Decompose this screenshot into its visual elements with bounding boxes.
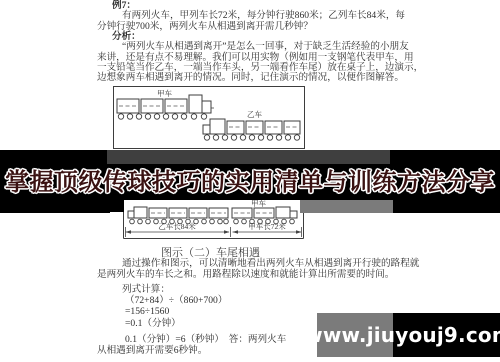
page-background: 例7：有两列火车，甲列车长72米，每分钟行驶860米；乙列车长84米，每分钟行驶…	[0, 0, 500, 362]
diagram1-train-b-label: 乙车	[247, 109, 262, 119]
train-a-wheels	[118, 114, 206, 119]
text-line: 列式计算：	[97, 284, 487, 295]
diagram1-caption-bar: 图示（一）车头相遇	[107, 150, 390, 164]
train-b-wheels	[204, 135, 299, 140]
overlay-right-gray-strip	[300, 200, 393, 213]
title-overlay-band: 掌握顶级传球技巧的实用清单与训练方法分享	[0, 164, 500, 200]
train-a-tail	[232, 207, 297, 218]
dim-label-train-b-length: 乙车长84米	[158, 221, 196, 231]
text-line: 通过操作和图示，可以清晰地看出两列火车从相遇到离开行驶的路程就	[97, 259, 487, 270]
text-line: 是两列火车的车长之和。用路程除以速度和就能计算出所需要的时间。	[97, 270, 487, 281]
dim-label-train-a-length: 甲车长72米	[248, 221, 286, 231]
text-line: 分钟行驶700米，两列火车从相遇到离开需几秒钟？	[97, 22, 487, 32]
train-b	[203, 119, 300, 140]
text-line: 边想象两车相遇到离开的情况。同时，记住演示的情况，以便作图解答。	[97, 73, 487, 83]
diagram1-train-a-label: 甲车	[157, 88, 172, 98]
diagram-heads-meeting: 甲车 乙车	[113, 86, 305, 149]
conclusion-text: 通过操作和图示，可以清晰地看出两列火车从相遇到离开行驶的路程就是两列火车的车长之…	[97, 259, 487, 280]
overlay-left-lower-block	[0, 200, 124, 212]
train-a	[117, 95, 214, 119]
text-line: （72+84）÷（860+700）	[97, 295, 487, 306]
problem-analysis-text: 例7：有两列火车，甲列车长72米，每分钟行驶860米；乙列车长84米，每分钟行驶…	[97, 1, 487, 84]
train-b-tail	[128, 207, 228, 218]
overlay-title: 掌握顶级传球技巧的实用清单与训练方法分享	[0, 164, 500, 200]
overlay-right-block	[390, 150, 500, 164]
watermark-url: www.jiuyouj9.com	[317, 313, 500, 357]
overlay-right-black-strip	[393, 200, 500, 213]
watermark-banner: www.jiuyouj9.com	[317, 313, 500, 357]
